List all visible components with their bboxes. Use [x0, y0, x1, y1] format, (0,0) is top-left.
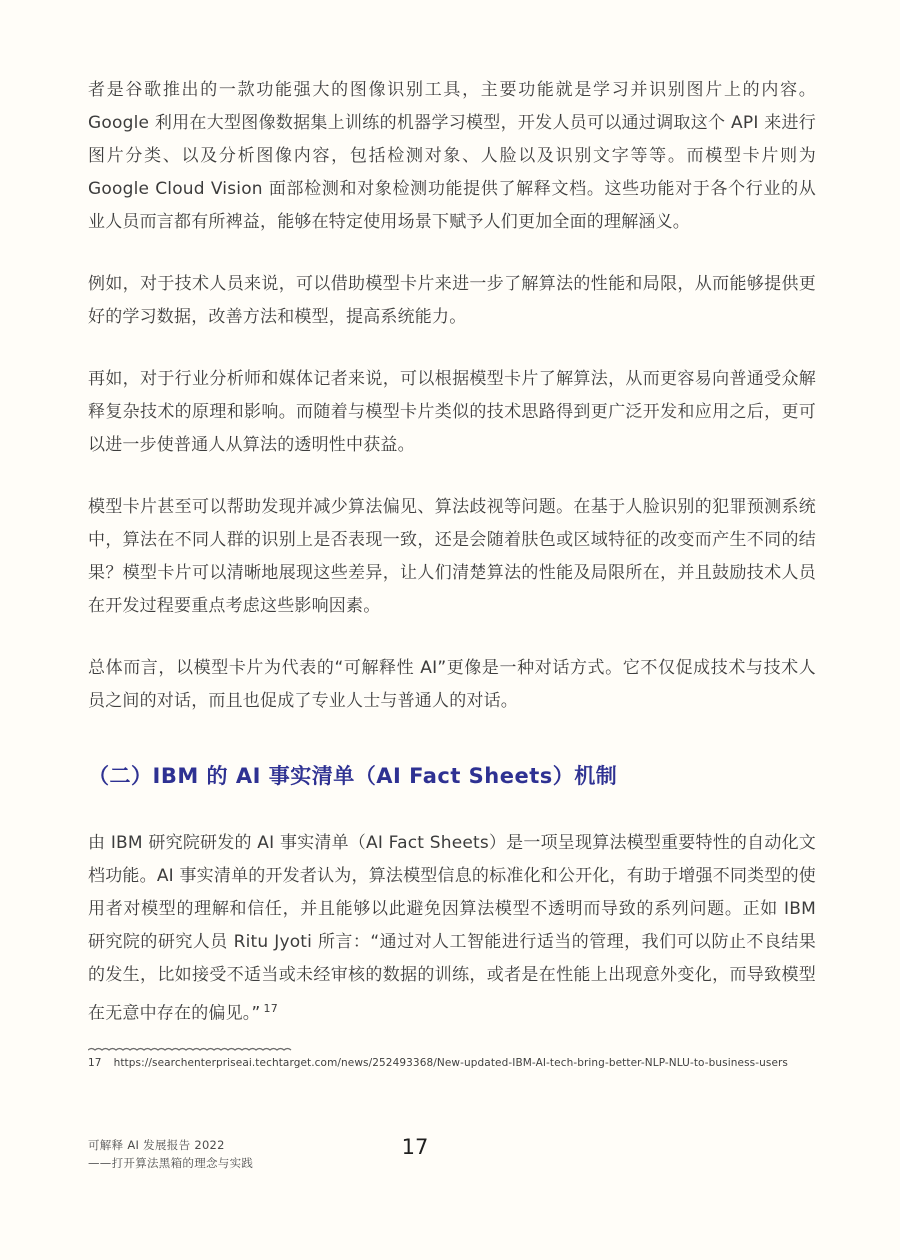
body-paragraph-5: 总体而言，以模型卡片为代表的“可解释性 AI”更像是一种对话方式。它不仅促成技术… — [88, 652, 816, 718]
page-content: 者是谷歌推出的一款功能强大的图像识别工具，主要功能就是学习并识别图片上的内容。G… — [88, 74, 816, 1060]
footnote-url: https://searchenterpriseai.techtarget.co… — [114, 1057, 788, 1069]
body-paragraph-2: 例如，对于技术人员来说，可以借助模型卡片来进一步了解算法的性能和局限，从而能够提… — [88, 268, 816, 334]
footnote-ref: 17 — [264, 1002, 278, 1015]
footnote-number: 17 — [88, 1057, 102, 1069]
footer-report-title: 可解释 AI 发展报告 2022 — [88, 1136, 253, 1154]
section-heading: （二）IBM 的 AI 事实清单（AI Fact Sheets）机制 — [88, 760, 816, 790]
footnote-block: 17 https://searchenterpriseai.techtarget… — [88, 1046, 816, 1069]
footer-report-subtitle: ——打开算法黑箱的理念与实践 — [88, 1154, 253, 1172]
page-number: 17 — [383, 1135, 447, 1159]
footnote-text: 17 https://searchenterpriseai.techtarget… — [88, 1057, 816, 1069]
document-page: 者是谷歌推出的一款功能强大的图像识别工具，主要功能就是学习并识别图片上的内容。G… — [0, 0, 900, 1260]
footnote-separator — [88, 1046, 293, 1052]
body-paragraph-3: 再如，对于行业分析师和媒体记者来说，可以根据模型卡片了解算法，从而更容易向普通受… — [88, 363, 816, 462]
report-footer: 可解释 AI 发展报告 2022 ——打开算法黑箱的理念与实践 — [88, 1136, 253, 1172]
body-paragraph-4: 模型卡片甚至可以帮助发现并减少算法偏见、算法歧视等问题。在基于人脸识别的犯罪预测… — [88, 491, 816, 623]
body-paragraph-6-text: 由 IBM 研究院研发的 AI 事实清单（AI Fact Sheets）是一项呈… — [88, 833, 816, 1024]
body-paragraph-1: 者是谷歌推出的一款功能强大的图像识别工具，主要功能就是学习并识别图片上的内容。G… — [88, 74, 816, 239]
body-paragraph-6: 由 IBM 研究院研发的 AI 事实清单（AI Fact Sheets）是一项呈… — [88, 827, 816, 1031]
